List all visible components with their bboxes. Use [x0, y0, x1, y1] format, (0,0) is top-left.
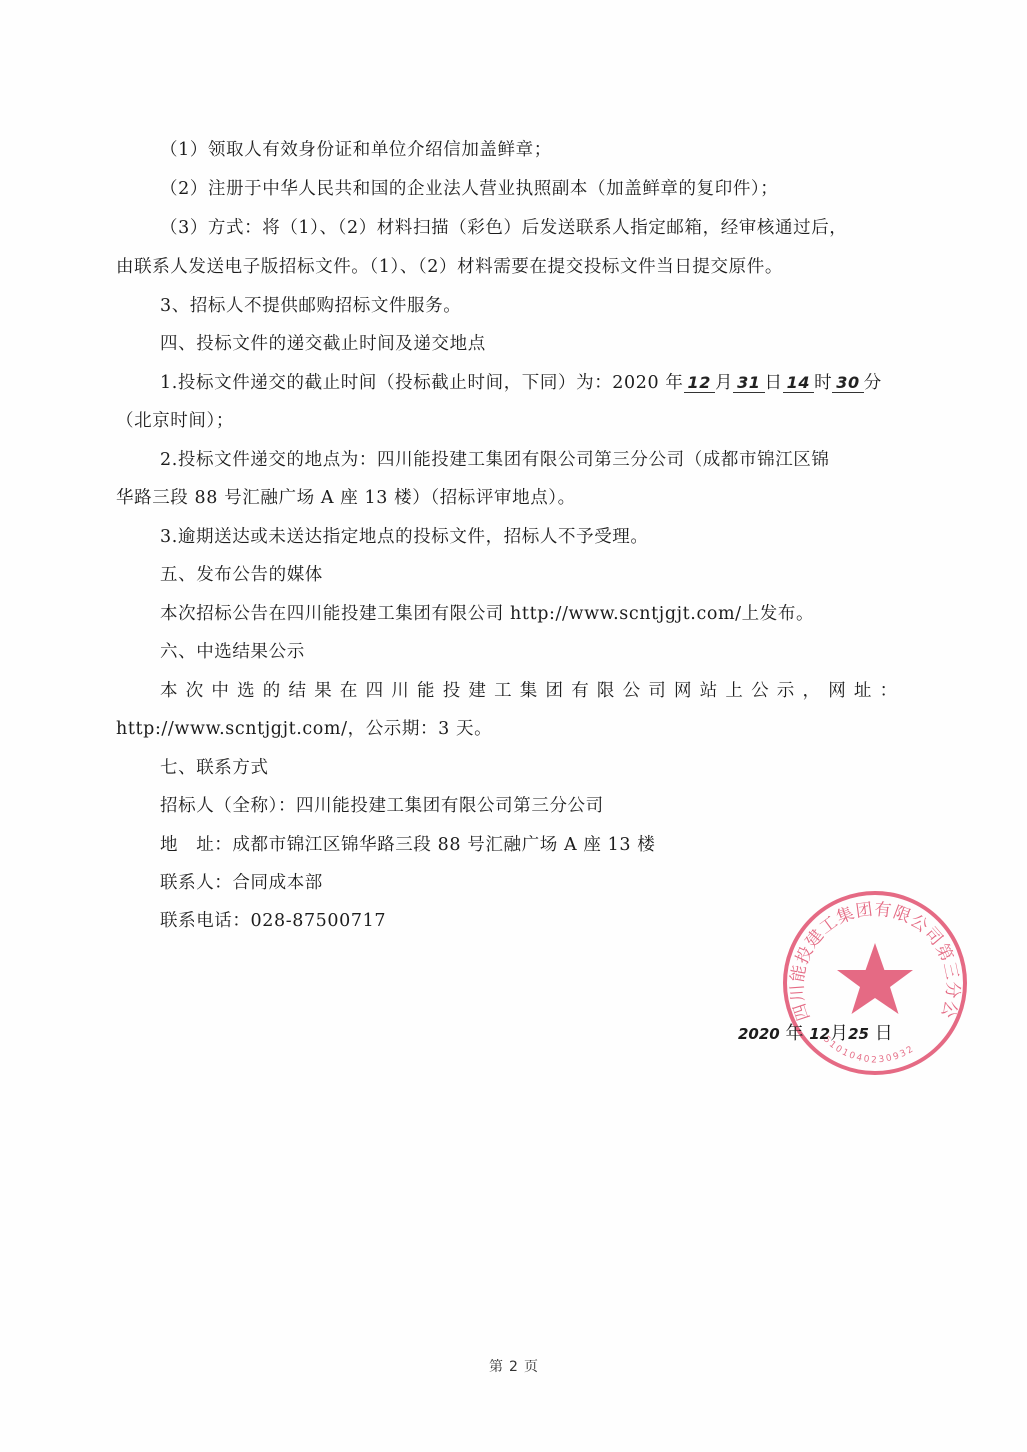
- section-5-heading: 五、发布公告的媒体: [160, 564, 323, 586]
- contact-phone: 联系电话：028-87500717: [160, 910, 386, 932]
- location-line-1: 2.投标文件递交的地点为：四川能投建工集团有限公司第三分公司（成都市锦江区锦: [160, 449, 830, 471]
- requirement-1: （1）领取人有效身份证和单位介绍信加盖鲜章；: [160, 139, 552, 161]
- tenderer-name: 招标人（全称）：四川能投建工集团有限公司第三分公司: [160, 795, 604, 817]
- contact-person: 联系人：合同成本部: [160, 872, 323, 894]
- sig-month-unit: 月: [830, 1023, 848, 1044]
- section-6-line-1: 本次中选的结果在四川能投建工集团有限公司网站上公示，网址：: [160, 680, 905, 702]
- month-unit: 月: [715, 373, 733, 393]
- hour-unit: 时: [814, 373, 832, 393]
- deadline-day: 31: [733, 374, 764, 393]
- deadline-line: 1.投标文件递交的截止时间（投标截止时间，下同）为：2020 年12月31日14…: [160, 372, 882, 394]
- page-number: 第2页: [0, 1356, 1027, 1376]
- requirement-3: （3）方式：将（1）、（2）材料扫描（彩色）后发送联系人指定邮箱，经审核通过后，: [160, 217, 847, 239]
- section-4-heading: 四、投标文件的递交截止时间及递交地点: [160, 333, 486, 355]
- section-5-text: 本次招标公告在四川能投建工集团有限公司 http://www.scntjgjt.…: [160, 603, 814, 625]
- address: 地 址：成都市锦江区锦华路三段 88 号汇融广场 A 座 13 楼: [160, 834, 655, 856]
- requirement-2: （2）注册于中华人民共和国的企业法人营业执照副本（加盖鲜章的复印件）；: [160, 178, 778, 200]
- deadline-month: 12: [684, 374, 715, 393]
- page-prefix: 第: [489, 1359, 503, 1375]
- sig-year-unit: 年: [785, 1023, 803, 1044]
- deadline-hour: 14: [783, 374, 814, 393]
- deadline-prefix: 1.投标文件递交的截止时间（投标截止时间，下同）为：2020 年: [160, 373, 684, 393]
- company-seal-icon: 四川能投建工集团有限公司第三分公司 5101040230932: [780, 888, 970, 1078]
- document-page: （1）领取人有效身份证和单位介绍信加盖鲜章； （2）注册于中华人民共和国的企业法…: [0, 0, 1027, 1452]
- requirement-3-cont: 由联系人发送电子版招标文件。（1）、（2）材料需要在提交投标文件当日提交原件。: [116, 256, 783, 278]
- section-7-heading: 七、联系方式: [160, 757, 269, 779]
- section-6-line-2: http://www.scntjgjt.com/，公示期：3 天。: [116, 718, 492, 740]
- deadline-minute: 30: [832, 374, 863, 393]
- page-suffix: 页: [524, 1359, 538, 1375]
- sig-day-unit: 日: [875, 1023, 893, 1044]
- sig-month: 12: [809, 1025, 830, 1043]
- sig-day: 25: [848, 1025, 869, 1043]
- section-6-heading: 六、中选结果公示: [160, 641, 305, 663]
- minute-unit: 分: [864, 373, 882, 393]
- item-3: 3、招标人不提供邮购招标文件服务。: [160, 295, 461, 317]
- deadline-timezone: （北京时间）；: [116, 410, 234, 432]
- signature-date: 2020 年 12月25 日: [738, 1019, 893, 1045]
- page-value: 2: [509, 1359, 518, 1375]
- day-unit: 日: [765, 373, 783, 393]
- sig-year: 2020: [738, 1025, 780, 1043]
- location-line-2: 华路三段 88 号汇融广场 A 座 13 楼）（招标评审地点）。: [116, 487, 576, 509]
- late-notice: 3.逾期送达或未送达指定地点的投标文件，招标人不予受理。: [160, 526, 649, 548]
